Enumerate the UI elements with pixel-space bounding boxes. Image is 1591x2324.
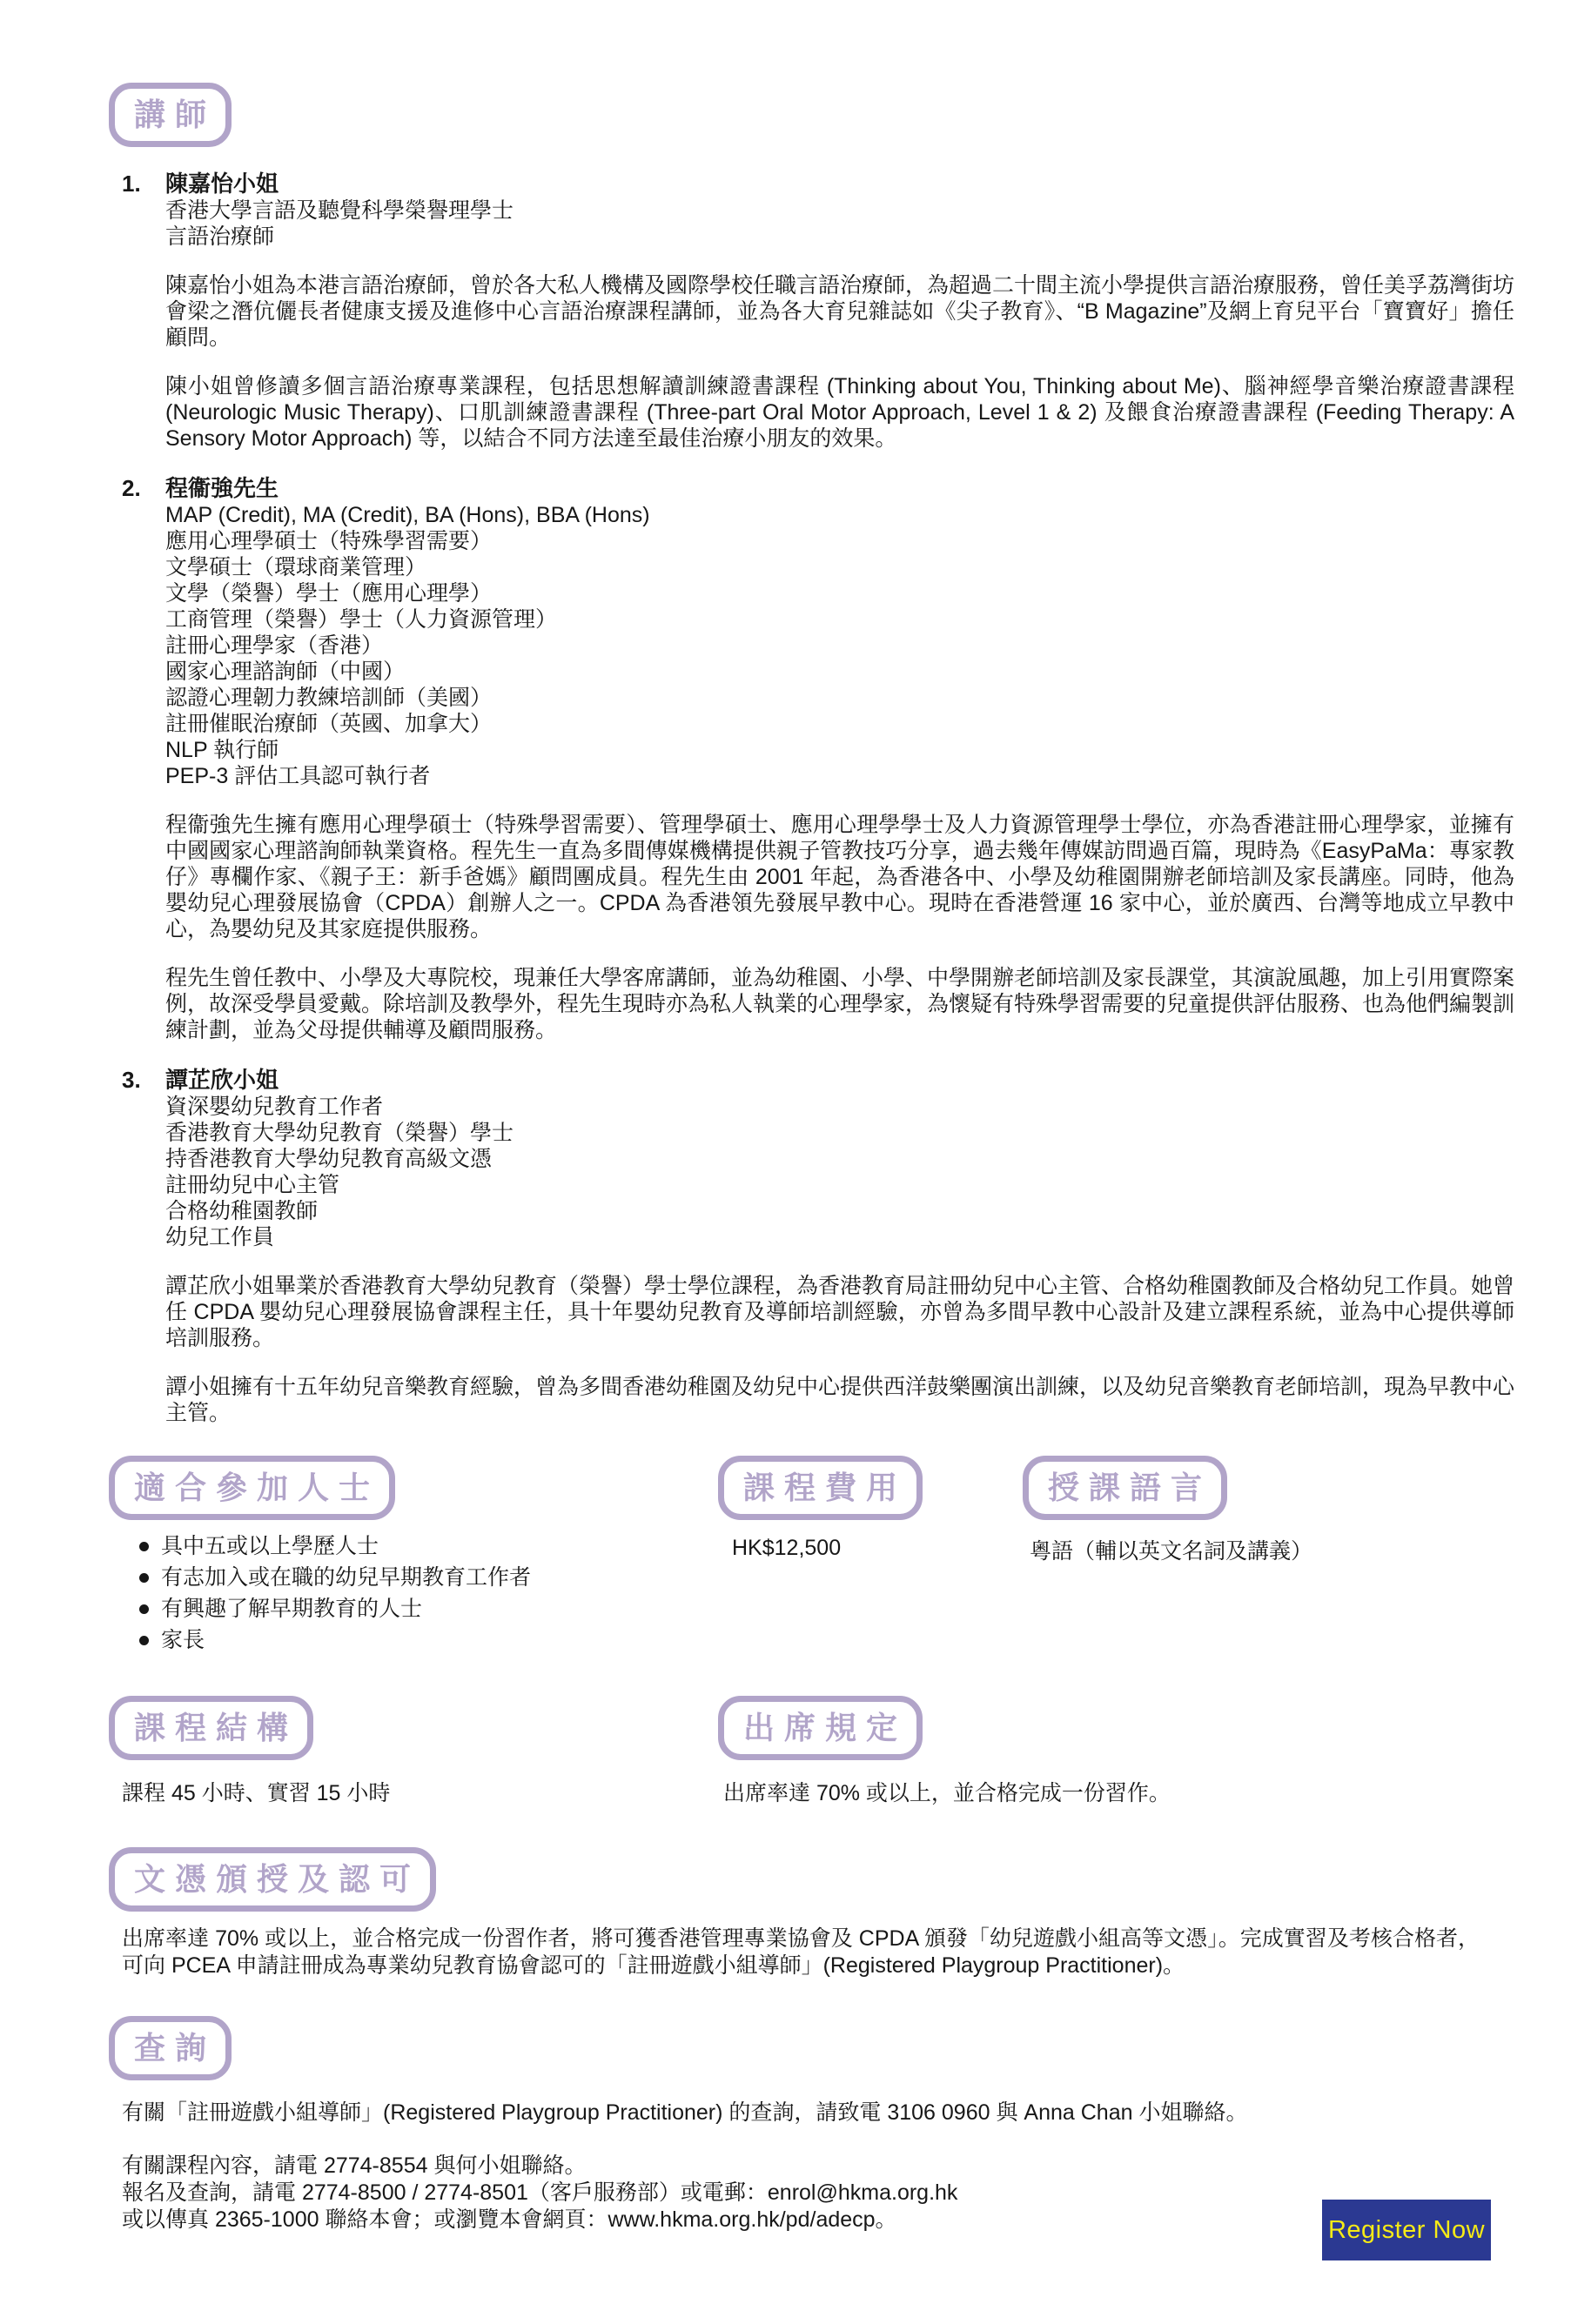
bio-paragraph: 程衞強先生擁有應用心理學碩士（特殊學習需要）、管理學碩士、應用心理學學士及人力資… (165, 812, 1514, 942)
credential-line: 工商管理（榮譽）學士（人力資源管理） (165, 606, 1514, 633)
register-now-button[interactable]: Register Now (1322, 2200, 1491, 2260)
credential-line: 註冊幼兒中心主管 (165, 1172, 1514, 1198)
enquiry-contact-lines: 有關課程內容，請電 2774-8554 與何小姐聯絡。報名及查詢，請電 2774… (122, 2153, 1514, 2234)
lecturer-credentials: 資深嬰幼兒教育工作者香港教育大學幼兒教育（榮譽）學士持香港教育大學幼兒教育高級文… (165, 1094, 1514, 1250)
lecturer-item-2: 2. 程衞強先生 MAP (Credit), MA (Credit), BA (… (122, 474, 1514, 1043)
language-value: 粵語（輔以英文名詞及講義） (1023, 1534, 1514, 1565)
audience-bullet: 有興趣了解早期教育的人士 (122, 1593, 718, 1624)
bio-paragraph: 譚小姐擁有十五年幼兒音樂教育經驗，曾為多間香港幼稚園及幼兒中心提供西洋鼓樂團演出… (165, 1374, 1514, 1426)
credential-line: NLP 執行師 (165, 737, 1514, 763)
lecturer-name: 陳嘉怡小姐 (165, 170, 1514, 198)
fee-section: 課程費用 HK$12,500 (718, 1456, 1023, 1561)
lecturer-credentials: MAP (Credit), MA (Credit), BA (Hons), BB… (165, 502, 1514, 789)
credential-line: PEP-3 評估工具認可執行者 (165, 763, 1514, 789)
bio-paragraph: 陳小姐曾修讀多個言語治療專業課程，包括思想解讀訓練證書課程 (Thinking … (165, 373, 1514, 452)
info-row: 適合參加人士 具中五或以上學歷人士有志加入或在職的幼兒早期教育工作者有興趣了解早… (109, 1456, 1514, 1656)
lecturers-section: 講師 1. 陳嘉怡小姐 香港大學言語及聽覺科學榮譽理學士言語治療師 陳嘉怡小姐為… (109, 83, 1514, 1426)
lecturer-number: 1. (122, 170, 141, 198)
lecturer-name: 程衞強先生 (165, 474, 1514, 502)
lecturer-bio: 譚芷欣小姐畢業於香港教育大學幼兒教育（榮譽）學士學位課程，為香港教育局註冊幼兒中… (165, 1273, 1514, 1426)
lecturer-bio: 程衞強先生擁有應用心理學碩士（特殊學習需要）、管理學碩士、應用心理學學士及人力資… (165, 812, 1514, 1043)
diploma-section: 文憑頒授及認可 出席率達 70% 或以上，並合格完成一份習作者，將可獲香港管理專… (109, 1847, 1514, 1979)
credential-line: 言語治療師 (165, 224, 1514, 250)
audience-bullet: 有志加入或在職的幼兒早期教育工作者 (122, 1562, 718, 1593)
credential-line: 認證心理韌力教練培訓師（美國） (165, 685, 1514, 711)
lecturer-list: 1. 陳嘉怡小姐 香港大學言語及聽覺科學榮譽理學士言語治療師 陳嘉怡小姐為本港言… (122, 170, 1514, 1426)
attendance-badge: 出席規定 (718, 1696, 923, 1760)
enquiry-line: 或以傳真 2365-1000 聯絡本會；或瀏覽本會網頁：www.hkma.org… (122, 2207, 1514, 2234)
lecturer-credentials: 香港大學言語及聽覺科學榮譽理學士言語治療師 (165, 198, 1514, 250)
credential-line: 國家心理諮詢師（中國） (165, 659, 1514, 685)
credential-line: 幼兒工作員 (165, 1224, 1514, 1250)
diploma-text: 出席率達 70% 或以上，並合格完成一份習作者，將可獲香港管理專業協會及 CPD… (122, 1926, 1480, 1979)
bio-paragraph: 程先生曾任教中、小學及大專院校，現兼任大學客席講師，並為幼稚園、小學、中學開辦老… (165, 965, 1514, 1043)
course-structure-text: 課程 45 小時、實習 15 小時 (122, 1776, 718, 1807)
language-section-badge: 授課語言 (1023, 1456, 1227, 1520)
language-section: 授課語言 粵語（輔以英文名詞及講義） (1023, 1456, 1514, 1565)
enquiry-paragraph: 有關「註冊遊戲小組導師」(Registered Playgroup Practi… (122, 2100, 1514, 2126)
lecturer-bio: 陳嘉怡小姐為本港言語治療師，曾於各大私人機構及國際學校任職言語治療師，為超過二十… (165, 272, 1514, 452)
enquiry-section: 查詢 有關「註冊遊戲小組導師」(Registered Playgroup Pra… (109, 2016, 1514, 2234)
bio-paragraph: 譚芷欣小姐畢業於香港教育大學幼兒教育（榮譽）學士學位課程，為香港教育局註冊幼兒中… (165, 1273, 1514, 1351)
fee-value: HK$12,500 (718, 1536, 1023, 1561)
lecturer-number: 2. (122, 474, 141, 502)
credential-line: 註冊心理學家（香港） (165, 633, 1514, 659)
bio-paragraph: 陳嘉怡小姐為本港言語治療師，曾於各大私人機構及國際學校任職言語治療師，為超過二十… (165, 272, 1514, 351)
credential-line: 文學碩士（環球商業管理） (165, 554, 1514, 580)
audience-bullet: 具中五或以上學歷人士 (122, 1530, 718, 1562)
audience-section: 適合參加人士 具中五或以上學歷人士有志加入或在職的幼兒早期教育工作者有興趣了解早… (109, 1456, 718, 1656)
lecturer-item-3: 3. 譚芷欣小姐 資深嬰幼兒教育工作者香港教育大學幼兒教育（榮譽）學士持香港教育… (122, 1066, 1514, 1426)
structure-row: 課程結構 課程 45 小時、實習 15 小時 出席規定 出席率達 70% 或以上… (109, 1696, 1514, 1807)
credential-line: 資深嬰幼兒教育工作者 (165, 1094, 1514, 1120)
attendance-section: 出席規定 出席率達 70% 或以上，並合格完成一份習作。 (718, 1696, 1514, 1807)
credential-line: 香港大學言語及聽覺科學榮譽理學士 (165, 198, 1514, 224)
credential-line: 合格幼稚園教師 (165, 1198, 1514, 1224)
credential-line: 文學（榮譽）學士（應用心理學） (165, 580, 1514, 606)
page-content: 講師 1. 陳嘉怡小姐 香港大學言語及聽覺科學榮譽理學士言語治療師 陳嘉怡小姐為… (0, 0, 1591, 2234)
course-structure-section: 課程結構 課程 45 小時、實習 15 小時 (109, 1696, 718, 1807)
credential-line: MAP (Credit), MA (Credit), BA (Hons), BB… (165, 502, 1514, 528)
enquiry-section-badge: 查詢 (109, 2016, 232, 2080)
audience-bullet: 家長 (122, 1624, 718, 1656)
credential-line: 持香港教育大學幼兒教育高級文憑 (165, 1146, 1514, 1172)
credential-line: 應用心理學碩士（特殊學習需要） (165, 528, 1514, 554)
lecturer-item-1: 1. 陳嘉怡小姐 香港大學言語及聽覺科學榮譽理學士言語治療師 陳嘉怡小姐為本港言… (122, 170, 1514, 452)
enquiry-line: 報名及查詢，請電 2774-8500 / 2774-8501（客戶服務部）或電郵… (122, 2180, 1514, 2207)
fee-section-badge: 課程費用 (718, 1456, 923, 1520)
lecturer-name: 譚芷欣小姐 (165, 1066, 1514, 1094)
course-structure-badge: 課程結構 (109, 1696, 313, 1760)
lecturer-number: 3. (122, 1066, 141, 1094)
diploma-section-badge: 文憑頒授及認可 (109, 1847, 436, 1912)
credential-line: 註冊催眠治療師（英國、加拿大） (165, 711, 1514, 737)
lecturers-section-badge: 講師 (109, 83, 232, 147)
attendance-text: 出席率達 70% 或以上，並合格完成一份習作。 (723, 1776, 1514, 1807)
audience-section-badge: 適合參加人士 (109, 1456, 395, 1520)
credential-line: 香港教育大學幼兒教育（榮譽）學士 (165, 1120, 1514, 1146)
enquiry-line: 有關課程內容，請電 2774-8554 與何小姐聯絡。 (122, 2153, 1514, 2180)
course-brochure-page: 講師 1. 陳嘉怡小姐 香港大學言語及聽覺科學榮譽理學士言語治療師 陳嘉怡小姐為… (0, 0, 1591, 2324)
audience-bullet-list: 具中五或以上學歷人士有志加入或在職的幼兒早期教育工作者有興趣了解早期教育的人士家… (122, 1530, 718, 1656)
